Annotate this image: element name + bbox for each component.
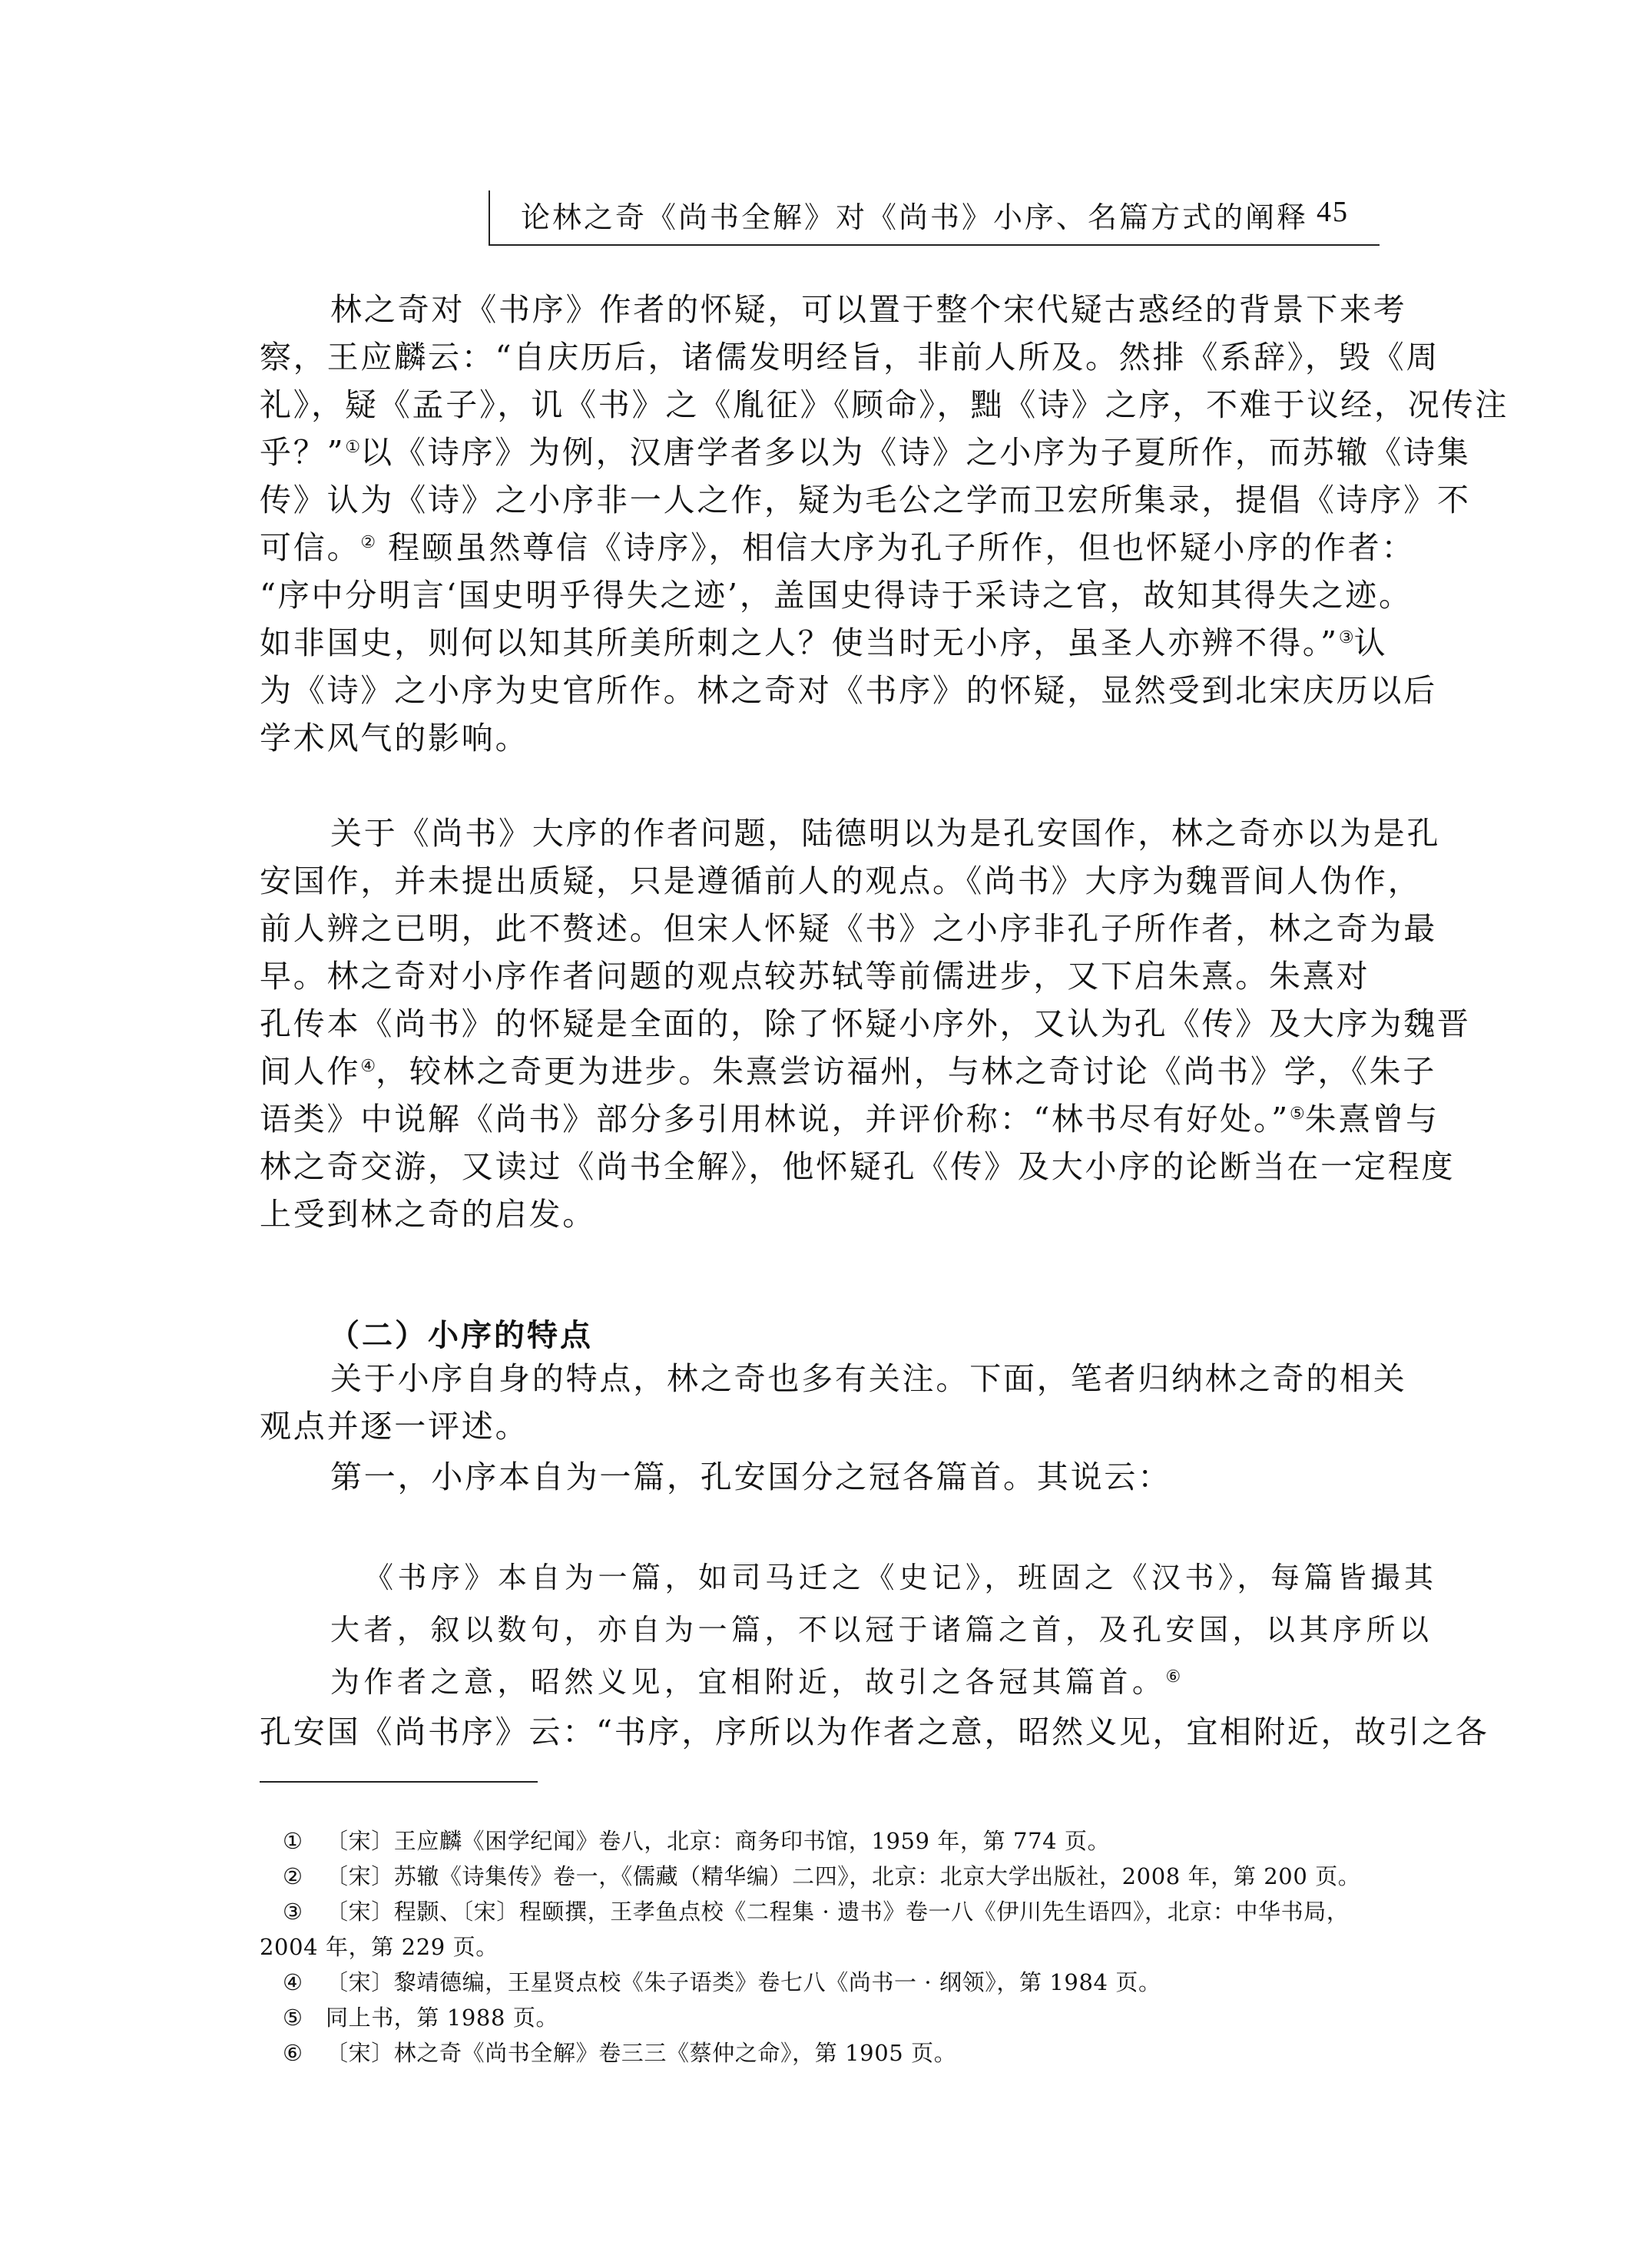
- text-line: 前人辨之已明，此不赘述。但宋人怀疑《书》之小序非孔子所作者，林之奇为最: [260, 905, 1373, 952]
- text-line: 上受到林之奇的启发。: [260, 1190, 1373, 1238]
- text-line: 安国作，并未提出质疑，只是遵循前人的观点。《尚书》大序为魏晋间人伪作，: [260, 857, 1373, 905]
- text-line: 间人作④，较林之奇更为进步。朱熹尝访福州，与林之奇讨论《尚书》学，《朱子: [260, 1048, 1373, 1095]
- text-line: 礼》，疑《孟子》，讥《书》之《胤征》《顾命》，黜《诗》之序，不难于议经，况传注: [260, 381, 1373, 429]
- text-line: 关于小序自身的特点，林之奇也多有关注。下面，笔者归纳林之奇的相关: [260, 1355, 1373, 1402]
- footnote-4: ④〔宋〕黎靖德编，王星贤点校《朱子语类》卷七八《尚书一 · 纲领》，第 1984…: [260, 1965, 1373, 2000]
- footnote-text: 同上书，第 1988 页。: [326, 2005, 558, 2031]
- footnote-marker: ⑤: [283, 2000, 326, 2035]
- footnote-text: 〔宋〕程颢、〔宋〕程颐撰，王孝鱼点校《二程集 · 遗书》卷一八《伊川先生语四》，…: [326, 1899, 1349, 1925]
- text-line: 学术风气的影响。: [260, 714, 1373, 762]
- footnotes: ①〔宋〕王应麟《困学纪闻》卷八，北京：商务印书馆，1959 年，第 774 页。…: [260, 1823, 1373, 2071]
- section-heading: （二）小序的特点: [329, 1311, 593, 1355]
- text-line: 察，王应麟云：“自庆历后，诸儒发明经旨，非前人所及。然排《系辞》，毁《周: [260, 333, 1373, 381]
- text-line: 传》认为《诗》之小序非一人之作，疑为毛公之学而卫宏所集录，提倡《诗序》不: [260, 476, 1373, 524]
- running-head-title: 论林之奇《尚书全解》对《尚书》小序、名篇方式的阐释: [521, 194, 1308, 236]
- text-line: 如非国史，则何以知其所美所刺之人？使当时无小序，虽圣人亦辨不得。”③认: [260, 619, 1373, 667]
- footnote-marker: ④: [283, 1965, 326, 2000]
- footnote-text: 〔宋〕苏辙《诗集传》卷一，《儒藏（精华编）二四》，北京：北京大学出版社，2008…: [326, 1863, 1360, 1889]
- footnote-divider: [260, 1781, 538, 1783]
- footnote-3-continuation: 2004 年，第 229 页。: [260, 1929, 1373, 1965]
- paragraph-1: 林之奇对《书序》作者的怀疑，可以置于整个宋代疑古惑经的背景下来考 察，王应麟云：…: [260, 286, 1373, 762]
- section-paragraph-2: 第一，小序本自为一篇，孔安国分之冠各篇首。其说云：: [260, 1453, 1373, 1501]
- text-line: 早。林之奇对小序作者问题的观点较苏轼等前儒进步，又下启朱熹。朱熹对: [260, 952, 1373, 1000]
- text-line: 观点并逐一评述。: [260, 1402, 1373, 1450]
- text-line: 林之奇交游，又读过《尚书全解》，他怀疑孔《传》及大小序的论断当在一定程度: [260, 1143, 1373, 1190]
- footnote-ref-1[interactable]: ①: [345, 438, 360, 457]
- footnote-marker: ②: [283, 1859, 326, 1894]
- text-line: 孔传本《尚书》的怀疑是全面的，除了怀疑小序外，又认为孔《传》及大序为魏晋: [260, 1000, 1373, 1048]
- text-line: 可信。② 程颐虽然尊信《诗序》，相信大序为孔子所作，但也怀疑小序的作者：: [260, 524, 1373, 571]
- footnote-marker: ①: [283, 1823, 326, 1859]
- text-line: 为《诗》之小序为史官所作。林之奇对《书序》的怀疑，显然受到北宋庆历以后: [260, 667, 1373, 714]
- footnote-ref-2[interactable]: ②: [360, 533, 376, 552]
- footnote-text: 〔宋〕王应麟《困学纪闻》卷八，北京：商务印书馆，1959 年，第 774 页。: [326, 1828, 1110, 1854]
- footnote-6: ⑥〔宋〕林之奇《尚书全解》卷三三《蔡仲之命》，第 1905 页。: [260, 2035, 1373, 2071]
- text-line: 林之奇对《书序》作者的怀疑，可以置于整个宋代疑古惑经的背景下来考: [260, 286, 1373, 333]
- text-line: 第一，小序本自为一篇，孔安国分之冠各篇首。其说云：: [260, 1453, 1373, 1501]
- continuation-paragraph: 孔安国《尚书序》云：“书序，序所以为作者之意，昭然义见，宜相附近，故引之各: [260, 1708, 1373, 1756]
- footnote-marker: ③: [283, 1894, 326, 1929]
- section-paragraph-1: 关于小序自身的特点，林之奇也多有关注。下面，笔者归纳林之奇的相关 观点并逐一评述…: [260, 1355, 1373, 1450]
- quote-line: 为作者之意，昭然义见，宜相附近，故引之各冠其篇首。⑥: [330, 1656, 1375, 1708]
- footnote-ref-5[interactable]: ⑤: [1290, 1104, 1305, 1124]
- block-quote: 《书序》本自为一篇，如司马迁之《史记》，班固之《汉书》，每篇皆撮其 大者，叙以数…: [330, 1551, 1375, 1708]
- text-line: “序中分明言‘国史明乎得失之迹’，盖国史得诗于采诗之官，故知其得失之迹。: [260, 571, 1373, 619]
- footnote-text: 〔宋〕林之奇《尚书全解》卷三三《蔡仲之命》，第 1905 页。: [326, 2040, 956, 2066]
- text-line: 乎？”①以《诗序》为例，汉唐学者多以为《诗》之小序为子夏所作，而苏辙《诗集: [260, 429, 1373, 476]
- footnote-ref-4[interactable]: ④: [360, 1057, 376, 1076]
- footnote-2: ②〔宋〕苏辙《诗集传》卷一，《儒藏（精华编）二四》，北京：北京大学出版社，200…: [260, 1859, 1373, 1894]
- paragraph-2: 关于《尚书》大序的作者问题，陆德明以为是孔安国作，林之奇亦以为是孔 安国作，并未…: [260, 810, 1373, 1238]
- text-line: 语类》中说解《尚书》部分多引用林说，并评价称：“林书尽有好处。”⑤朱熹曾与: [260, 1095, 1373, 1143]
- text-line: 孔安国《尚书序》云：“书序，序所以为作者之意，昭然义见，宜相附近，故引之各: [260, 1708, 1373, 1756]
- page-number: 45: [1317, 195, 1349, 229]
- footnote-3: ③〔宋〕程颢、〔宋〕程颐撰，王孝鱼点校《二程集 · 遗书》卷一八《伊川先生语四》…: [260, 1894, 1373, 1929]
- text-line: 关于《尚书》大序的作者问题，陆德明以为是孔安国作，林之奇亦以为是孔: [260, 810, 1373, 857]
- footnote-1: ①〔宋〕王应麟《困学纪闻》卷八，北京：商务印书馆，1959 年，第 774 页。: [260, 1823, 1373, 1859]
- footnote-text: 〔宋〕黎靖德编，王星贤点校《朱子语类》卷七八《尚书一 · 纲领》，第 1984 …: [326, 1969, 1161, 1995]
- footnote-ref-6[interactable]: ⑥: [1166, 1667, 1181, 1687]
- footnote-5: ⑤同上书，第 1988 页。: [260, 2000, 1373, 2035]
- running-head: 论林之奇《尚书全解》对《尚书》小序、名篇方式的阐释 45: [489, 190, 1380, 246]
- quote-line: 大者，叙以数句，亦自为一篇，不以冠于诸篇之首，及孔安国，以其序所以: [330, 1604, 1375, 1656]
- footnote-ref-3[interactable]: ③: [1339, 628, 1354, 647]
- footnote-marker: ⑥: [283, 2035, 326, 2071]
- quote-line: 《书序》本自为一篇，如司马迁之《史记》，班固之《汉书》，每篇皆撮其: [330, 1551, 1375, 1604]
